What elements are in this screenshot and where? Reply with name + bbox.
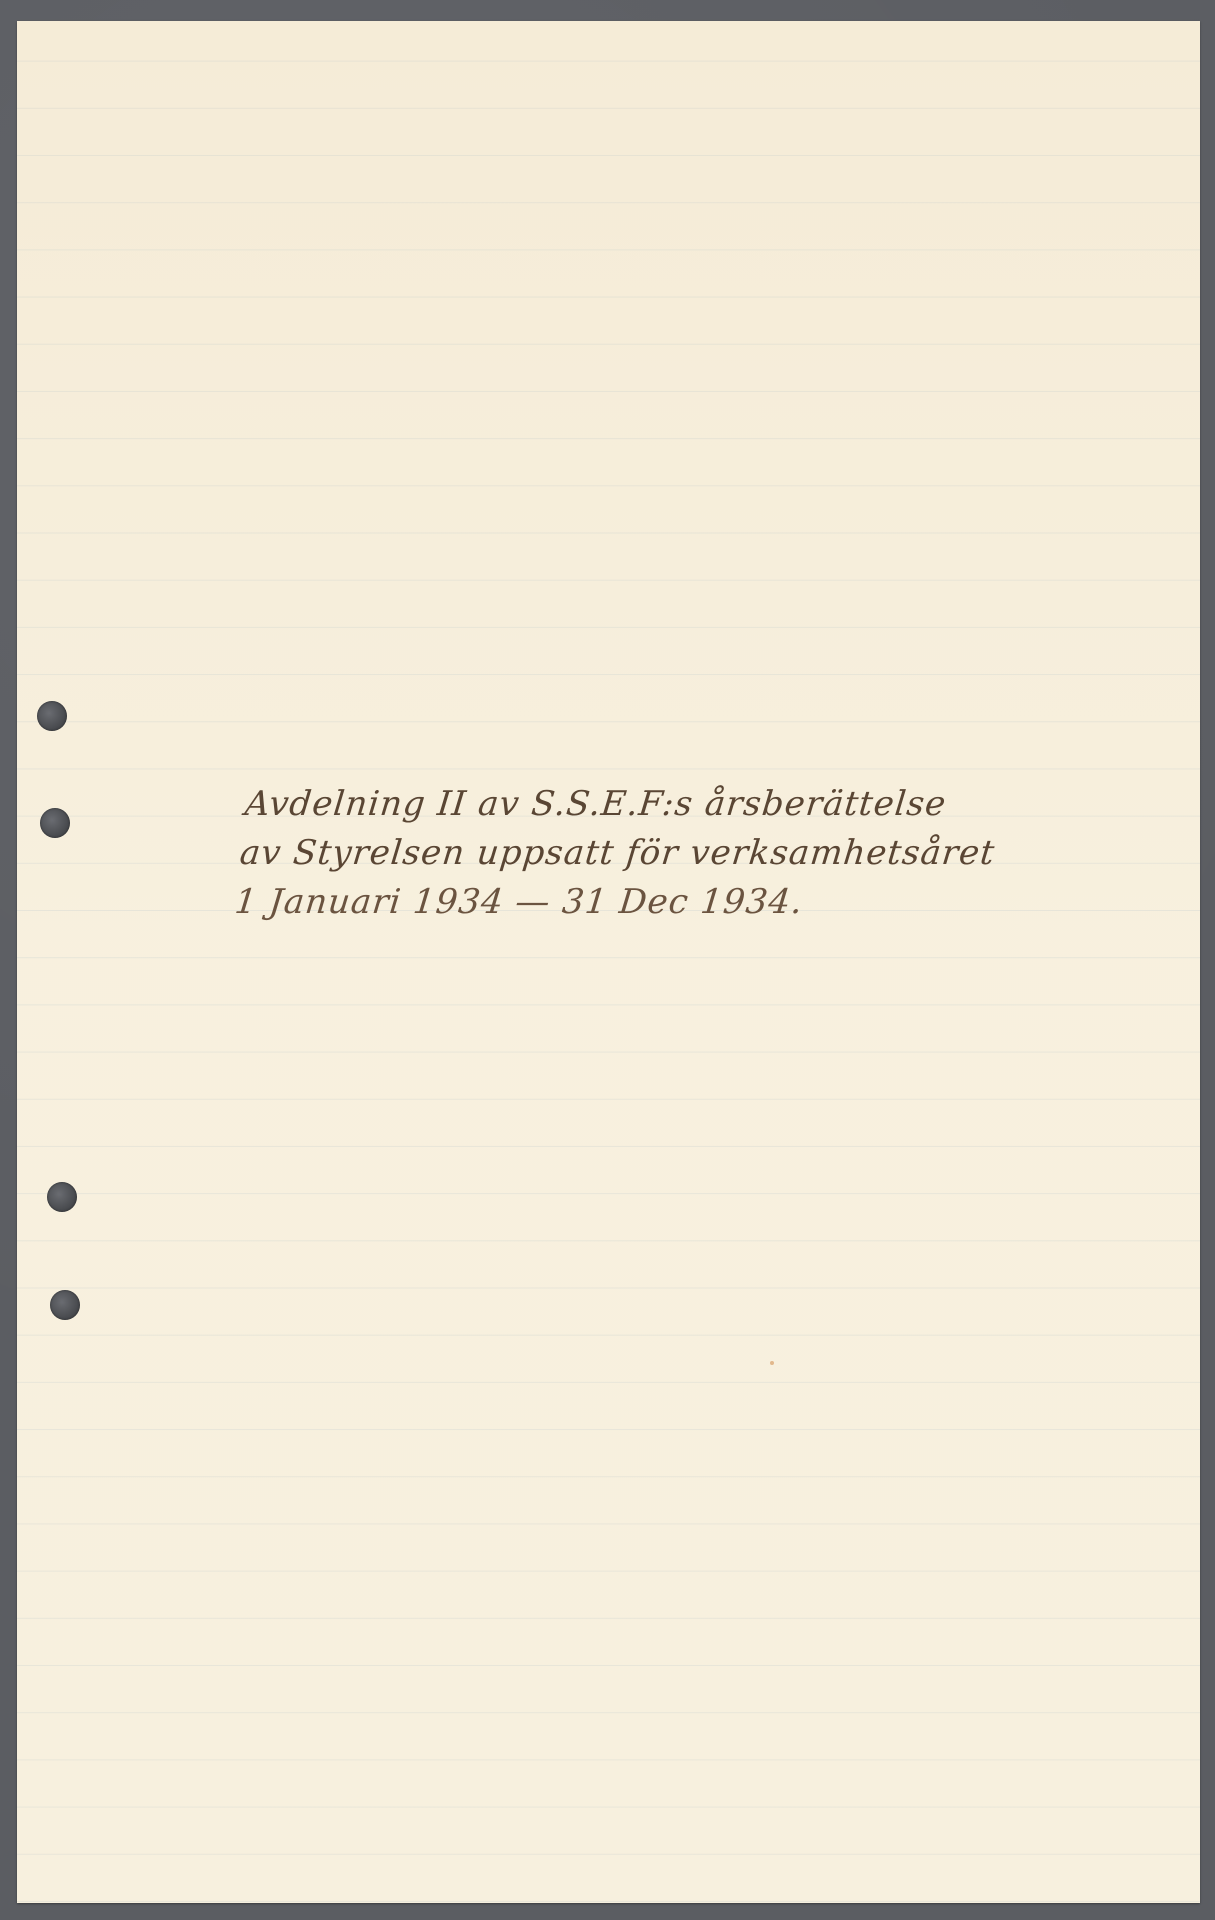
punch-hole-icon bbox=[47, 1182, 77, 1212]
handwritten-line-3: 1 Januari 1934 — 31 Dec 1934. bbox=[232, 878, 992, 927]
punch-hole-icon bbox=[37, 701, 67, 731]
handwritten-line-2: av Styrelsen uppsatt för verksamhetsåret bbox=[237, 829, 997, 878]
handwritten-heading: Avdelning II av S.S.E.F:s årsberättelse … bbox=[232, 780, 1002, 927]
punch-hole-icon bbox=[50, 1290, 80, 1320]
paper-stain bbox=[770, 1361, 774, 1365]
ruled-paper-sheet: Avdelning II av S.S.E.F:s årsberättelse … bbox=[17, 21, 1200, 1903]
punch-hole-icon bbox=[40, 808, 70, 838]
handwritten-line-1: Avdelning II av S.S.E.F:s årsberättelse bbox=[243, 780, 1003, 829]
